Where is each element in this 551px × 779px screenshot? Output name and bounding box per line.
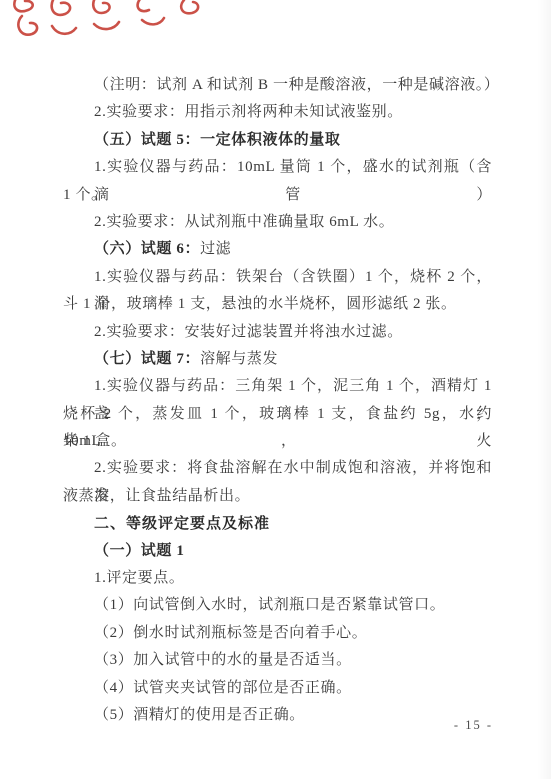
text-segment: 2.实验要求：用指示剂将两种未知试液鉴别。 bbox=[94, 104, 403, 120]
text-segment: 烧杯 2 个，蒸发皿 1 个，玻璃棒 1 支，食盐约 5g，水约 10mL，火 bbox=[63, 406, 492, 449]
text-line: 斗 1 个，玻璃棒 1 支，悬浊的水半烧杯，圆形滤纸 2 张。 bbox=[63, 291, 492, 318]
text-line: 2.实验要求：安装好过滤装置并将浊水过滤。 bbox=[63, 319, 492, 346]
document-lines: （注明：试剂 A 和试剂 B 一种是酸溶液，一种是碱溶液。）2.实验要求：用指示… bbox=[63, 72, 492, 729]
text-line: 2.实验要求：从试剂瓶中准确量取 6mL 水。 bbox=[63, 209, 492, 236]
text-segment: （七）试题 7： bbox=[94, 351, 200, 367]
text-line: （3）加入试管中的水的量是否适当。 bbox=[63, 647, 492, 674]
text-segment: 1.评定要点。 bbox=[94, 570, 184, 586]
text-line: （六）试题 6：过滤 bbox=[63, 236, 492, 263]
text-segment: 一定体积液体的量取 bbox=[200, 132, 340, 148]
text-line: （2）倒水时试剂瓶标签是否向着手心。 bbox=[63, 620, 492, 647]
text-line: 二、等级评定要点及标准 bbox=[63, 510, 492, 537]
text-line: （5）酒精灯的使用是否正确。 bbox=[63, 702, 492, 729]
text-line: （七）试题 7：溶解与蒸发 bbox=[63, 346, 492, 373]
text-line: 2.实验要求：将食盐溶解在水中制成饱和溶液，并将饱和溶 bbox=[63, 455, 492, 482]
text-segment: 过滤 bbox=[200, 241, 231, 257]
text-line: 液蒸发，让食盐结晶析出。 bbox=[63, 483, 492, 510]
page-number: - 15 - bbox=[454, 718, 493, 733]
text-segment: 斗 1 个，玻璃棒 1 支，悬浊的水半烧杯，圆形滤纸 2 张。 bbox=[63, 296, 457, 312]
text-line: （4）试管夹夹试管的部位是否正确。 bbox=[63, 675, 492, 702]
text-segment: （一）试题 1 bbox=[94, 543, 184, 559]
scanned-document-page: （注明：试剂 A 和试剂 B 一种是酸溶液，一种是碱溶液。）2.实验要求：用指示… bbox=[0, 0, 551, 779]
text-line: 1.实验仪器与药品：铁架台（含铁圈）1 个，烧杯 2 个，漏 bbox=[63, 264, 492, 291]
text-segment: 二、等级评定要点及标准 bbox=[94, 515, 270, 532]
text-segment: （4）试管夹夹试管的部位是否正确。 bbox=[94, 680, 352, 696]
text-line: 烧杯 2 个，蒸发皿 1 个，玻璃棒 1 支，食盐约 5g，水约 10mL，火 bbox=[63, 401, 492, 428]
text-segment: （六）试题 6： bbox=[94, 241, 200, 257]
text-segment: 2.实验要求：安装好过滤装置并将浊水过滤。 bbox=[94, 324, 403, 340]
text-segment: （2）倒水时试剂瓶标签是否向着手心。 bbox=[94, 625, 367, 641]
text-segment: 1 个。 bbox=[63, 187, 107, 203]
text-line: 1.实验仪器与药品：三角架 1 个，泥三角 1 个，酒精灯 1 盏， bbox=[63, 373, 492, 400]
text-segment: （3）加入试管中的水的量是否适当。 bbox=[94, 652, 352, 668]
scan-edge-shadow bbox=[537, 0, 551, 779]
text-line: 1.评定要点。 bbox=[63, 565, 492, 592]
text-segment: 柴 1 盒。 bbox=[63, 433, 127, 449]
text-segment: （5）酒精灯的使用是否正确。 bbox=[94, 707, 305, 723]
text-segment: （1）向试管倒入水时，试剂瓶口是否紧靠试管口。 bbox=[94, 597, 445, 613]
text-line: （五）试题 5：一定体积液体的量取 bbox=[63, 127, 492, 154]
text-segment: 2.实验要求：从试剂瓶中准确量取 6mL 水。 bbox=[94, 214, 394, 230]
text-segment: 液蒸发，让食盐结晶析出。 bbox=[63, 488, 250, 504]
text-segment: （注明：试剂 A 和试剂 B 一种是酸溶液，一种是碱溶液。） bbox=[94, 77, 500, 93]
text-segment: 溶解与蒸发 bbox=[200, 351, 278, 367]
text-line: 2.实验要求：用指示剂将两种未知试液鉴别。 bbox=[63, 99, 492, 126]
text-segment: 1.实验仪器与药品：10mL 量筒 1 个，盛水的试剂瓶（含滴管） bbox=[94, 159, 492, 202]
text-line: 1.实验仪器与药品：10mL 量筒 1 个，盛水的试剂瓶（含滴管） bbox=[63, 154, 492, 181]
text-line: （注明：试剂 A 和试剂 B 一种是酸溶液，一种是碱溶液。） bbox=[63, 72, 492, 99]
red-handwriting-marks-icon bbox=[2, 0, 217, 50]
text-line: （一）试题 1 bbox=[63, 538, 492, 565]
text-segment: （五）试题 5： bbox=[94, 132, 200, 148]
text-line: （1）向试管倒入水时，试剂瓶口是否紧靠试管口。 bbox=[63, 592, 492, 619]
